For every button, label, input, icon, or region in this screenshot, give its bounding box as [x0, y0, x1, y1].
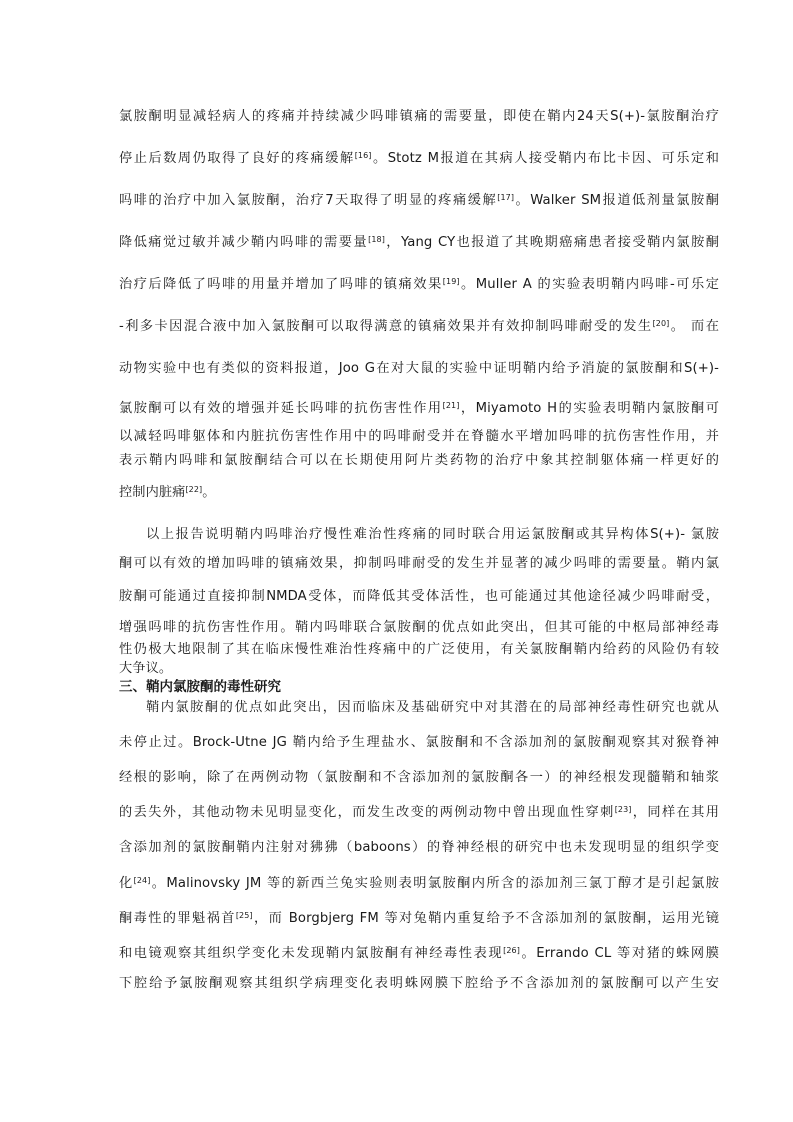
text-line: 停止后数周仍取得了良好的疼痛缓解[16]。Stotz M报道在其病人接受鞘内布比…: [119, 150, 719, 168]
text-line: 经根的影响，除了在两例动物（氯胺酮和不含添加剂的氯胺酮各一）的神经根发现髓鞘和轴…: [119, 769, 719, 787]
text-line: 酮可以有效的增加吗啡的镇痛效果，抑制吗啡耐受的发生并显著的减少吗啡的需要量。鞘内…: [119, 555, 719, 573]
citation: [19]: [443, 277, 460, 286]
citation: [21]: [443, 401, 460, 410]
text-line: 大争议。: [119, 660, 719, 678]
citation: [23]: [615, 805, 632, 814]
text-line: 含添加剂的氯胺酮鞘内注射对狒狒（baboons）的脊神经根的研究中也未发现明显的…: [119, 839, 719, 857]
text-line: 降低痛觉过敏并减少鞘内吗啡的需要量[18]，Yang CY也报道了其晚期癌痛患者…: [119, 234, 719, 252]
text-line: 和电镜观察其组织学变化未发现鞘内氯胺酮有神经毒性表现[26]。Errando C…: [119, 945, 719, 963]
text-line: 未停止过。Brock-Utne JG 鞘内给予生理盐水、氯胺酮和不含添加剂的氯胺…: [119, 734, 719, 752]
text-line: 吗啡的治疗中加入氯胺酮，治疗7天取得了明显的疼痛缓解[17]。Walker SM…: [119, 192, 719, 210]
citation: [20]: [653, 319, 670, 328]
text-line: 酮毒性的罪魁祸首[25]，而 Borgbjerg FM 等对兔鞘内重复给予不含添…: [119, 910, 719, 928]
text-line: 氯胺酮可以有效的增强并延长吗啡的抗伤害性作用[21]，Miyamoto H的实验…: [119, 400, 719, 418]
section-heading: 三、鞘内氯胺酮的毒性研究: [119, 678, 281, 696]
citation: [17]: [497, 193, 514, 202]
text-line: 表示鞘内吗啡和氯胺酮结合可以在长期使用阿片类药物的治疗中象其控制躯体痛一样更好的: [119, 452, 719, 470]
citation: [22]: [185, 485, 202, 494]
citation: [18]: [368, 235, 385, 244]
text-line: 动物实验中也有类似的资料报道，Joo G在对大鼠的实验中证明鞘内给予消旋的氯胺酮…: [119, 360, 719, 378]
text-line: 以上报告说明鞘内吗啡治疗慢性难治性疼痛的同时联合用运氯胺酮或其异构体S(+)- …: [146, 526, 719, 544]
text-line: 性仍极大地限制了其在临床慢性难治性疼痛中的广泛使用，有关氯胺酮鞘内给药的风险仍有…: [119, 641, 719, 659]
text-line: 以减轻吗啡躯体和内脏抗伤害性作用中的吗啡耐受并在脊髓水平增加吗啡的抗伤害性作用，…: [119, 428, 719, 446]
text-line: 增强吗啡的抗伤害性作用。鞘内吗啡联合氯胺酮的优点如此突出，但其可能的中枢局部神经…: [119, 619, 719, 637]
text-line: 的丢失外，其他动物未见明显变化，而发生改变的两例动物中曾出现血性穿刺[23]，同…: [119, 804, 719, 822]
text-line: 胺酮可能通过直接抑制NMDA受体，而降低其受体活性，也可能通过其他途径减少吗啡耐…: [119, 588, 719, 606]
text-line: 氯胺酮明显减轻病人的疼痛并持续减少吗啡镇痛的需要量，即使在鞘内24天S(+)-氯…: [119, 108, 719, 126]
text-line: -利多卡因混合液中加入氯胺酮可以取得满意的镇痛效果并有效抑制吗啡耐受的发生[20…: [119, 318, 719, 336]
citation: [25]: [236, 911, 253, 920]
citation: [26]: [503, 946, 520, 955]
text-line: 化[24]。Malinovsky JM 等的新西兰兔实验则表明氯胺酮内所含的添加…: [119, 875, 719, 893]
text-line: 治疗后降低了吗啡的用量并增加了吗啡的镇痛效果[19]。Muller A 的实验表…: [119, 276, 719, 294]
text-line: 鞘内氯胺酮的优点如此突出，因而临床及基础研究中对其潜在的局部神经毒性研究也就从: [146, 699, 719, 717]
text-line: 下腔给予氯胺酮观察其组织学病理变化表明蛛网膜下腔给予不含添加剂的氯胺酮可以产生安: [119, 975, 719, 993]
citation: [16]: [355, 151, 372, 160]
text-line: 控制内脏痛[22]。: [119, 484, 719, 502]
citation: [24]: [134, 876, 151, 885]
